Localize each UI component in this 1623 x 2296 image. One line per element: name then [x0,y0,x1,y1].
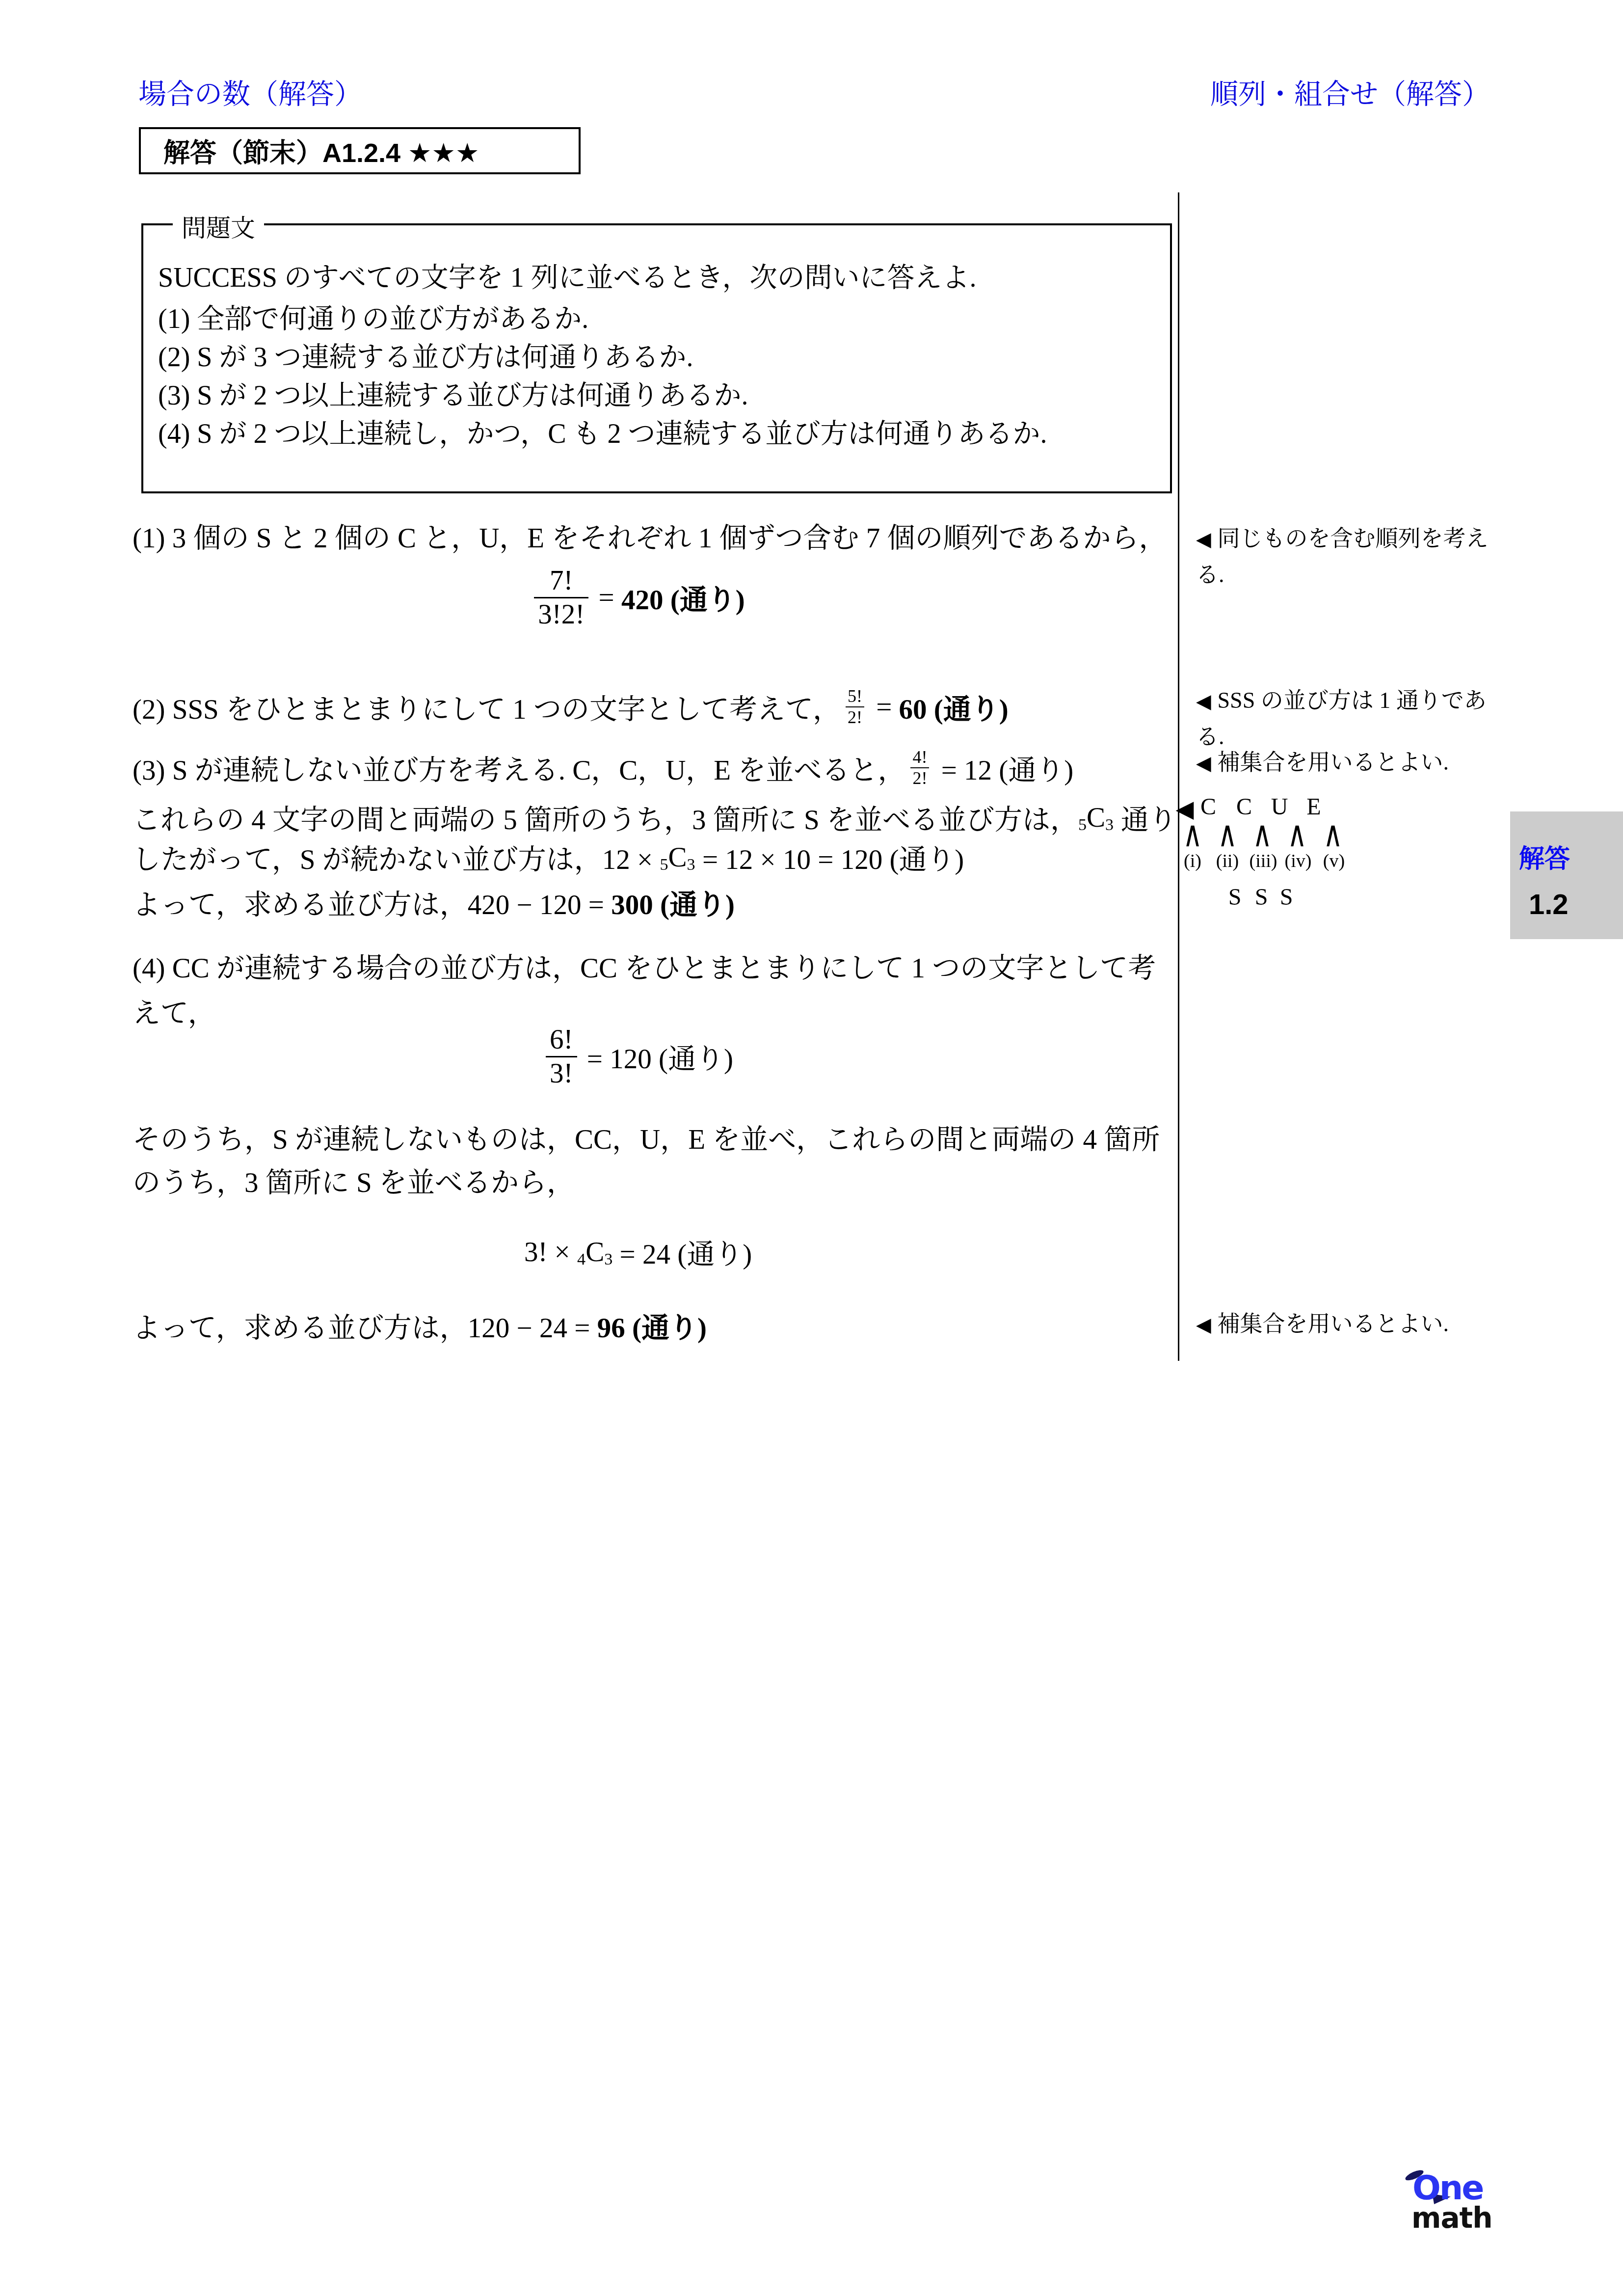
slot-label-iv: (iv) [1285,850,1312,872]
onemath-logo: One math [1408,2169,1525,2242]
answer-title-box: 解答（節末）A1.2.4 ★★★ [139,127,581,174]
problem-intro: SUCCESS のすべての文字を 1 列に並べるとき，次の問いに答えよ. [158,256,976,295]
caret-slot-icon: ∧ [1252,813,1272,855]
caret-slot-icon: ∧ [1218,813,1237,855]
solution-4-line1: (4) CC が連続する場合の並び方は，CC をひとまとまりにして 1 つの文字… [133,945,1156,986]
section-tab: 解答 1.2 [1510,811,1623,939]
slot-label-i: (i) [1184,850,1201,872]
solution-2-line: (2) SSS をひとまとまりにして 1 つの文字として考えて，5!2! = 6… [133,686,1009,728]
section-tab-number: 1.2 [1529,888,1569,921]
worksheet-page: 場合の数（解答） 順列・組合せ（解答） 解答（節末）A1.2.4 ★★★ 問題文… [0,0,1623,2296]
caret-slot-icon: ∧ [1323,813,1343,855]
combination-5C3: 5C3 [660,841,695,873]
page-header-right: 順列・組合せ（解答） [1210,72,1490,112]
logo-text-math: math [1411,2201,1492,2235]
answer-title: 解答（節末）A1.2.4 ★★★ [163,132,479,170]
answer-300: 300 (通り) [611,882,735,922]
solution-1-equation: 7!3!2! = 420 (通り) [133,565,1144,630]
margin-slot-diagram: ◀ C C U E ∧ ∧ ∧ ∧ ∧ (i) (ii) (iii) (iv) … [1178,789,1355,912]
fraction-4-over-2: 4!2! [910,747,929,789]
solution-4-equation2: 3! × 4C3 = 24 (通り) [133,1232,1144,1272]
section-tab-label: 解答 [1519,838,1570,875]
answer-96: 96 (通り) [597,1305,707,1346]
solution-3-line1: (3) S が連続しない並び方を考える. C，C，U，E を並べると，4!2! … [133,747,1073,789]
margin-separator-line [1178,192,1179,1361]
answer-60: 60 (通り) [899,687,1009,727]
problem-box-label: 問題文 [173,209,264,244]
solution-4-line4: のうち，3 箇所に S を並べるから， [133,1160,575,1200]
solution-1-line: (1) 3 個の S と 2 個の C と，U，E をそれぞれ 1 個ずつ含む … [133,515,1167,556]
combination-4C3: 4C3 [577,1236,612,1268]
answer-420: 420 (通り) [621,577,745,618]
solution-3-conclusion: よって，求める並び方は，420 − 120 = 300 (通り) [133,882,735,922]
solution-3-line2: これらの 4 文字の間と両端の 5 箇所のうち，3 箇所に S を並べる並び方は… [133,797,1176,837]
diagram-letter-U: U [1271,793,1288,820]
slot-label-v: (v) [1323,850,1345,872]
diagram-letter-E: E [1306,793,1321,820]
page-header-left: 場合の数（解答） [138,72,362,112]
caret-slot-icon: ∧ [1183,813,1202,855]
slot-label-ii: (ii) [1216,850,1239,872]
solution-4-equation1: 6!3! = 120 (通り) [133,1024,1144,1089]
equals-sign [591,582,598,614]
diagram-letter-S1: S [1228,884,1242,911]
caret-slot-icon: ∧ [1287,813,1307,855]
left-triangle-icon: ◀ [1196,690,1217,713]
margin-note-4: ◀ 補集合を用いるとよい. [1196,1306,1510,1342]
problem-item-3: (3) S が 2 つ以上連続する並び方は何通りあるか. [158,374,748,413]
problem-item-4: (4) S が 2 つ以上連続し，かつ，C も 2 つ連続する並び方は何通りある… [158,412,1047,451]
diagram-letter-S2: S [1255,884,1268,911]
left-triangle-icon: ◀ [1196,1314,1217,1336]
solution-4-line3: そのうち，S が連続しないものは，CC，U，E を並べ，これらの間と両端の 4 … [133,1117,1160,1157]
left-triangle-icon: ◀ [1196,528,1217,551]
problem-item-2: (2) S が 3 つ連続する並び方は何通りあるか. [158,335,693,375]
diagram-letter-C2: C [1236,793,1252,820]
margin-note-3: ◀ 補集合を用いるとよい. [1196,744,1510,781]
solution-4-conclusion: よって，求める並び方は，120 − 24 = 96 (通り) [133,1305,707,1346]
diagram-letter-C1: C [1200,793,1216,820]
fraction-5-over-2: 5!2! [846,686,864,728]
margin-note-1: ◀ 同じものを含む順列を考える. [1196,520,1510,593]
solution-3-line3: したがって，S が続かない並び方は，12 × 5C3 = 12 × 10 = 1… [133,837,964,877]
fraction-6-over-3: 6!3! [543,1024,580,1089]
problem-box: 問題文 SUCCESS のすべての文字を 1 列に並べるとき，次の問いに答えよ.… [141,223,1172,493]
left-triangle-icon: ◀ [1196,752,1217,775]
slot-label-iii: (iii) [1250,850,1277,872]
diagram-letter-S3: S [1280,884,1293,911]
problem-item-1: (1) 全部で何通りの並び方があるか. [158,297,588,336]
combination-5C3: 5C3 [1078,802,1114,834]
fraction-7-over-3-2: 7!3!2! [531,565,591,630]
